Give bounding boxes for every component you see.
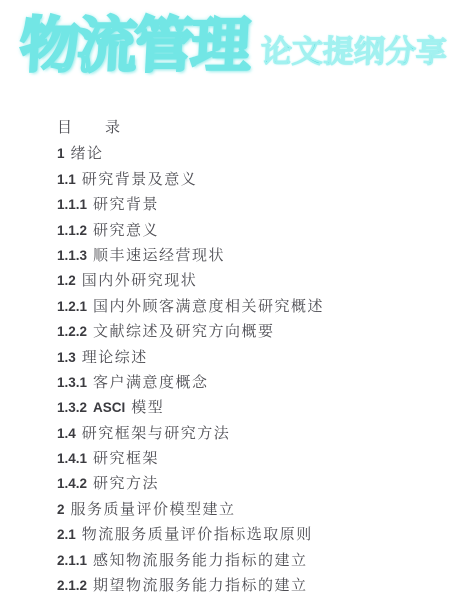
- toc-item-text: 研究背景: [93, 193, 159, 218]
- toc-item-text: 研究框架: [93, 447, 159, 472]
- toc-item-number: 2.1.2: [57, 573, 87, 598]
- toc-item-text: 研究方法: [93, 472, 159, 497]
- toc-item-text: 期望物流服务能力指标的建立: [93, 574, 308, 599]
- toc-item-text: 理论综述: [82, 346, 148, 371]
- toc-item: 2.1.2 期望物流服务能力指标的建立: [57, 573, 437, 598]
- toc-item-text: 顺丰速运经营现状: [93, 244, 225, 269]
- toc-item: 1.1.3 顺丰速运经营现状: [57, 243, 437, 268]
- toc-item-number: 2.1.1: [57, 548, 87, 573]
- toc-item: 1.4.1 研究框架: [57, 446, 437, 471]
- toc-item-number: 1.4: [57, 421, 76, 446]
- toc-item-number: 2.1: [57, 522, 76, 547]
- toc-item-number: 1.2.1: [57, 294, 87, 319]
- toc-item-number: 1.1: [57, 167, 76, 192]
- toc-item: 1.3.2 ASCI 模型: [57, 395, 437, 420]
- toc-item-number: 1.2: [57, 268, 76, 293]
- toc-item-number: 1: [57, 141, 65, 166]
- toc-item-text: 感知物流服务能力指标的建立: [93, 549, 308, 574]
- toc-item-number: 1.1.3: [57, 243, 87, 268]
- toc-item-number: 1.1.2: [57, 218, 87, 243]
- toc-item: 1.1.2 研究意义: [57, 218, 437, 243]
- toc-item-number: 1.2.2: [57, 319, 87, 344]
- toc-item-number: 1.1.1: [57, 192, 87, 217]
- toc-item-text: 研究背景及意义: [82, 168, 198, 193]
- toc-item-text: 服务质量评价模型建立: [71, 498, 236, 523]
- toc-item: 1.2 国内外研究现状: [57, 268, 437, 293]
- toc-item-number: 1.3.2: [57, 395, 87, 420]
- toc-item-number: 2: [57, 497, 65, 522]
- toc-item: 1.4 研究框架与研究方法: [57, 421, 437, 446]
- toc-item-text: 文献综述及研究方向概要: [93, 320, 275, 345]
- toc-item: 1.3 理论综述: [57, 345, 437, 370]
- toc-item: 1.1.1 研究背景: [57, 192, 437, 217]
- toc-item-text: 国内外研究现状: [82, 269, 198, 294]
- toc-item: 1 绪论: [57, 141, 437, 166]
- banner-subtitle: 论文提纲分享: [260, 26, 448, 71]
- toc-item-text: 绪论: [71, 142, 104, 167]
- banner-title: 物流管理: [18, 0, 251, 84]
- toc-list: 1 绪论 1.1 研究背景及意义 1.1.1 研究背景 1.1.2 研究意义 1…: [57, 141, 437, 598]
- toc-item-text: 客户满意度概念: [93, 371, 209, 396]
- table-of-contents: 目 录 1 绪论 1.1 研究背景及意义 1.1.1 研究背景 1.1.2 研究…: [57, 116, 437, 598]
- document-page: 物流管理 论文提纲分享 目 录 1 绪论 1.1 研究背景及意义 1.1.1 研…: [0, 0, 459, 600]
- toc-item-text: 模型: [131, 396, 164, 421]
- toc-item: 1.4.2 研究方法: [57, 471, 437, 496]
- toc-item-number: 1.3.1: [57, 370, 87, 395]
- toc-item-number: 1.4.2: [57, 471, 87, 496]
- toc-item: 1.2.1 国内外顾客满意度相关研究概述: [57, 294, 437, 319]
- toc-item: 1.1 研究背景及意义: [57, 167, 437, 192]
- header-banner: 物流管理 论文提纲分享: [0, 0, 459, 95]
- toc-item: 2.1 物流服务质量评价指标选取原则: [57, 522, 437, 547]
- toc-item-text: 物流服务质量评价指标选取原则: [82, 523, 313, 548]
- toc-item: 2 服务质量评价模型建立: [57, 497, 437, 522]
- toc-item: 1.2.2 文献综述及研究方向概要: [57, 319, 437, 344]
- toc-item-text: 国内外顾客满意度相关研究概述: [93, 295, 324, 320]
- toc-item-number: 1.3: [57, 345, 76, 370]
- toc-item: 1.3.1 客户满意度概念: [57, 370, 437, 395]
- toc-item: 2.1.1 感知物流服务能力指标的建立: [57, 548, 437, 573]
- toc-item-latin: ASCI: [93, 395, 125, 420]
- toc-item-text: 研究框架与研究方法: [82, 422, 231, 447]
- toc-item-number: 1.4.1: [57, 446, 87, 471]
- toc-heading: 目 录: [57, 116, 437, 141]
- toc-item-text: 研究意义: [93, 219, 159, 244]
